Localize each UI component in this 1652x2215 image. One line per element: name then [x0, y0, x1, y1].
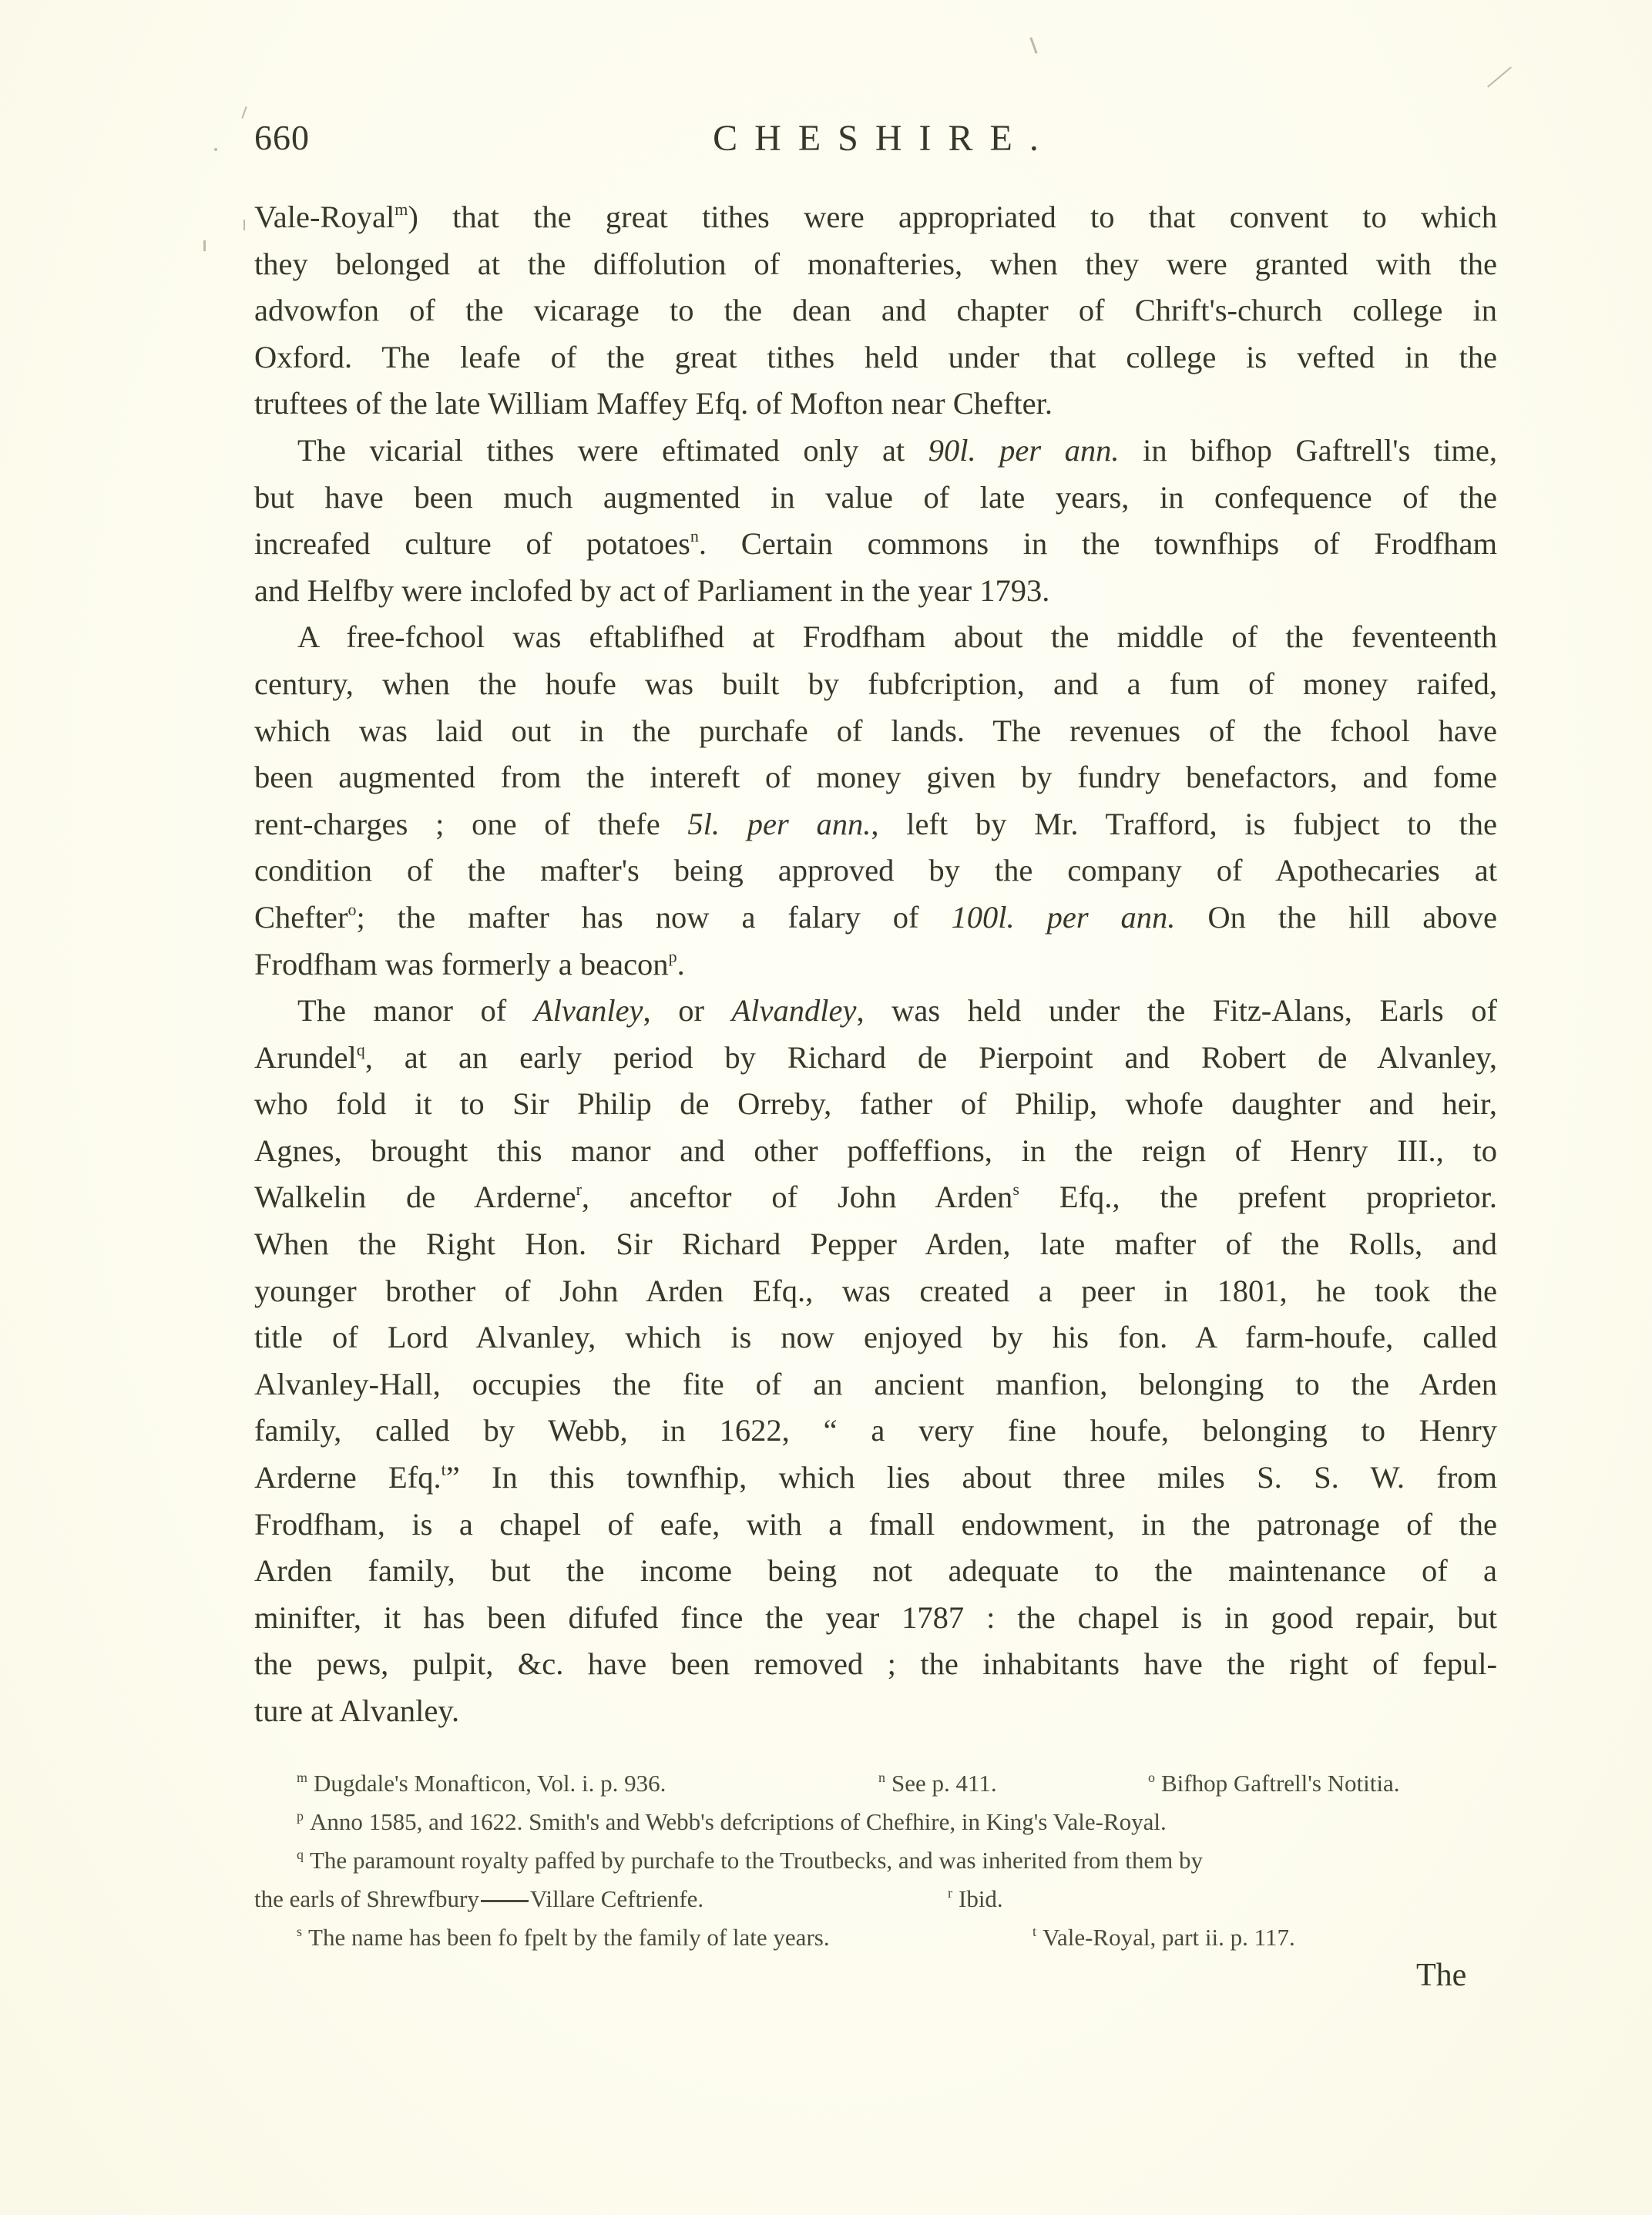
body-text: Vale-Royalm) that the great tithes were … — [254, 194, 1497, 1735]
text-line: Arden family, but the income being not a… — [254, 1548, 1497, 1595]
footnote-ref: s — [1012, 1180, 1019, 1199]
footnote-row: mDugdale's Monafticon, Vol. i. p. 936. n… — [254, 1764, 1497, 1803]
text-line: which was laid out in the purchafe of la… — [254, 708, 1497, 755]
text-line: Walkelin de Arderner, anceftor of John A… — [254, 1174, 1497, 1221]
catchword: The — [1416, 1957, 1466, 1994]
paper-mark — [241, 106, 247, 119]
footnote-s: sThe name has been fo fpelt by the famil… — [297, 1918, 830, 1957]
text-line: Arderne Efq.t” In this townfhip, which l… — [254, 1455, 1497, 1502]
paper-mark — [214, 148, 217, 151]
text-line: but have been much augmented in value of… — [254, 475, 1497, 522]
text-line: family, called by Webb, in 1622, “ a ver… — [254, 1408, 1497, 1455]
footnote-q: qThe paramount royalty paffed by purchaf… — [297, 1841, 1203, 1880]
text-line: A free-fchool was eftablifhed at Frodfha… — [254, 614, 1497, 661]
text-line: The vicarial tithes were eftimated only … — [254, 428, 1497, 475]
footnote-t: tVale-Royal, part ii. p. 117. — [1032, 1918, 1295, 1957]
text-line: ture at Alvanley. — [254, 1688, 1497, 1735]
footnote-n: nSee p. 411. — [878, 1764, 997, 1803]
text-line: minifter, it has been difufed fince the … — [254, 1595, 1497, 1642]
footnote-ref: o — [348, 900, 356, 919]
text-line: younger brother of John Arden Efq., was … — [254, 1268, 1497, 1315]
footnote-ref: m — [395, 200, 408, 219]
paper-mark — [1029, 37, 1037, 54]
footnote-q-continued: the earls of ShrewfburyVillare Ceftrienf… — [254, 1880, 703, 1918]
text-line: been augmented from the intereft of mone… — [254, 754, 1497, 801]
em-rule — [481, 1900, 529, 1902]
text-line: Alvanley-Hall, occupies the fite of an a… — [254, 1361, 1497, 1408]
text-line: the pews, pulpit, &c. have been removed … — [254, 1641, 1497, 1688]
footnote-row: sThe name has been fo fpelt by the famil… — [254, 1918, 1497, 1957]
text-line: Arundelq, at an early period by Richard … — [254, 1035, 1497, 1082]
footnote-p: pAnno 1585, and 1622. Smith's and Webb's… — [297, 1803, 1167, 1841]
book-page: 660 CHESHIRE. Vale-Royalm) that the grea… — [0, 0, 1652, 2215]
footnote-row: qThe paramount royalty paffed by purchaf… — [254, 1841, 1497, 1880]
text-line: title of Lord Alvanley, which is now enj… — [254, 1314, 1497, 1361]
text-line: Agnes, brought this manor and other poff… — [254, 1128, 1497, 1175]
running-head: 660 CHESHIRE. — [254, 117, 1497, 171]
text-line: advowfon of the vicarage to the dean and… — [254, 287, 1497, 334]
text-line: who fold it to Sir Philip de Orreby, fat… — [254, 1081, 1497, 1128]
text-line: Frodfham was formerly a beaconp. — [254, 941, 1497, 988]
footnote-m: mDugdale's Monafticon, Vol. i. p. 936. — [297, 1764, 666, 1803]
text-line: increafed culture of potatoesn. Certain … — [254, 521, 1497, 568]
text-line: Oxford. The leafe of the great tithes he… — [254, 334, 1497, 381]
text-line: century, when the houfe was built by fub… — [254, 661, 1497, 708]
running-title: CHESHIRE. — [254, 117, 1497, 159]
footnote-ref: q — [357, 1040, 365, 1059]
paper-mark — [243, 220, 245, 230]
text-line: condition of the mafter's being approved… — [254, 847, 1497, 894]
text-line: truftees of the late William Maffey Efq.… — [254, 381, 1497, 428]
text-line: Cheftero; the mafter has now a falary of… — [254, 894, 1497, 941]
footnote-r: rIbid. — [948, 1880, 1003, 1918]
footnote-ref: n — [690, 526, 699, 545]
text-line: they belonged at the diffolution of mona… — [254, 241, 1497, 288]
text-line: Vale-Royalm) that the great tithes were … — [254, 194, 1497, 241]
footnote-o: oBifhop Gaftrell's Notitia. — [1148, 1764, 1400, 1803]
paper-mark — [203, 240, 206, 251]
footnote-ref: r — [576, 1180, 582, 1199]
text-line: rent-charges ; one of thefe 5l. per ann.… — [254, 801, 1497, 848]
text-line: The manor of Alvanley, or Alvandley, was… — [254, 988, 1497, 1035]
footnote-row: pAnno 1585, and 1622. Smith's and Webb's… — [254, 1803, 1497, 1841]
text-line: and Helfby were inclofed by act of Parli… — [254, 568, 1497, 615]
footnote-ref: p — [669, 947, 677, 966]
footnote-row: the earls of ShrewfburyVillare Ceftrienf… — [254, 1880, 1497, 1918]
paper-mark — [1487, 66, 1512, 87]
text-line: When the Right Hon. Sir Richard Pepper A… — [254, 1221, 1497, 1268]
text-line: Frodfham, is a chapel of eafe, with a fm… — [254, 1502, 1497, 1549]
footnotes: mDugdale's Monafticon, Vol. i. p. 936. n… — [254, 1764, 1497, 1957]
